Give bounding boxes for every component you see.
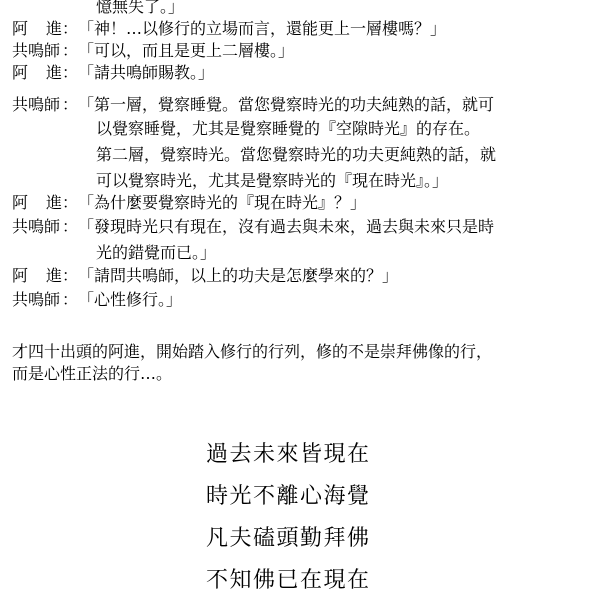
dialogue-text: 「發現時光只有現在，沒有過去與未來，過去與未來只是時 [78, 216, 494, 238]
speaker-char: 進 [46, 192, 62, 214]
dialogue-line: 共鳴師 ： 「第一層，覺察睡覺。當您覺察時光的功夫純熟的話，就可 [0, 94, 594, 116]
colon: ： [62, 40, 78, 62]
dialogue-text: 「心性修行。」 [78, 289, 182, 311]
dialogue-line: 阿 進 ： 「為什麼要覺察時光的『現在時光』？」 [0, 192, 594, 214]
dialogue-line: 阿 進 ： 「請共鳴師賜教。」 [0, 62, 594, 84]
colon: ： [62, 289, 78, 311]
dialogue-text: 「請共鳴師賜教。」 [78, 62, 214, 84]
dialogue-text: 「可以，而且是更上二層樓。」 [78, 40, 294, 62]
dialogue-text: 「為什麼要覺察時光的『現在時光』？」 [78, 192, 366, 214]
colon: ： [62, 265, 78, 287]
speaker-char: 阿 [12, 18, 28, 40]
colon: ： [62, 62, 78, 84]
narrative-line: 才四十出頭的阿進，開始踏入修行的行列，修的不是崇拜佛像的行， [12, 341, 492, 363]
dialogue-continuation: 可以覺察時光，尤其是覺察時光的『現在時光』。」 [96, 170, 448, 192]
dialogue-text: 「神！…以修行的立場而言，還能更上一層樓嗎？」 [78, 18, 446, 40]
poem-line: 過去未來皆現在 [206, 441, 371, 469]
dialogue-continuation: 第二層，覺察時光。當您覺察時光的功夫更純熟的話，就 [96, 144, 496, 166]
speaker-char: 阿 [12, 62, 28, 84]
speaker-char: 阿 [12, 265, 28, 287]
speaker-char: 進 [46, 62, 62, 84]
colon: ： [62, 216, 78, 238]
narrative-line: 而是心性正法的行…。 [12, 363, 172, 385]
dialogue-fragment: 憶無失了。」 [96, 0, 184, 18]
dialogue-line: 共鳴師 ： 「可以，而且是更上二層樓。」 [0, 40, 594, 62]
dialogue-text: 「第一層，覺察睡覺。當您覺察時光的功夫純熟的話，就可 [78, 94, 494, 116]
dialogue-line: 共鳴師 ： 「心性修行。」 [0, 289, 594, 311]
poem-line: 不知佛已在現在 [206, 567, 371, 595]
speaker-char: 進 [46, 265, 62, 287]
poem-line: 凡夫磕頭勤拜佛 [206, 525, 371, 553]
colon: ： [62, 192, 78, 214]
dialogue-continuation: 光的錯覺而已。」 [96, 242, 216, 264]
dialogue-line: 阿 進 ： 「請問共鳴師，以上的功夫是怎麼學來的？」 [0, 265, 594, 287]
dialogue-text: 「請問共鳴師，以上的功夫是怎麼學來的？」 [78, 265, 398, 287]
speaker-char: 進 [46, 18, 62, 40]
colon: ： [62, 94, 78, 116]
colon: ： [62, 18, 78, 40]
dialogue-line: 共鳴師 ： 「發現時光只有現在，沒有過去與未來，過去與未來只是時 [0, 216, 594, 238]
poem-line: 時光不離心海覺 [206, 483, 371, 511]
dialogue-continuation: 以覺察睡覺，尤其是覺察睡覺的『空隙時光』的存在。 [96, 118, 480, 140]
speaker-char: 阿 [12, 192, 28, 214]
dialogue-line: 阿 進 ： 「神！…以修行的立場而言，還能更上一層樓嗎？」 [0, 18, 594, 40]
